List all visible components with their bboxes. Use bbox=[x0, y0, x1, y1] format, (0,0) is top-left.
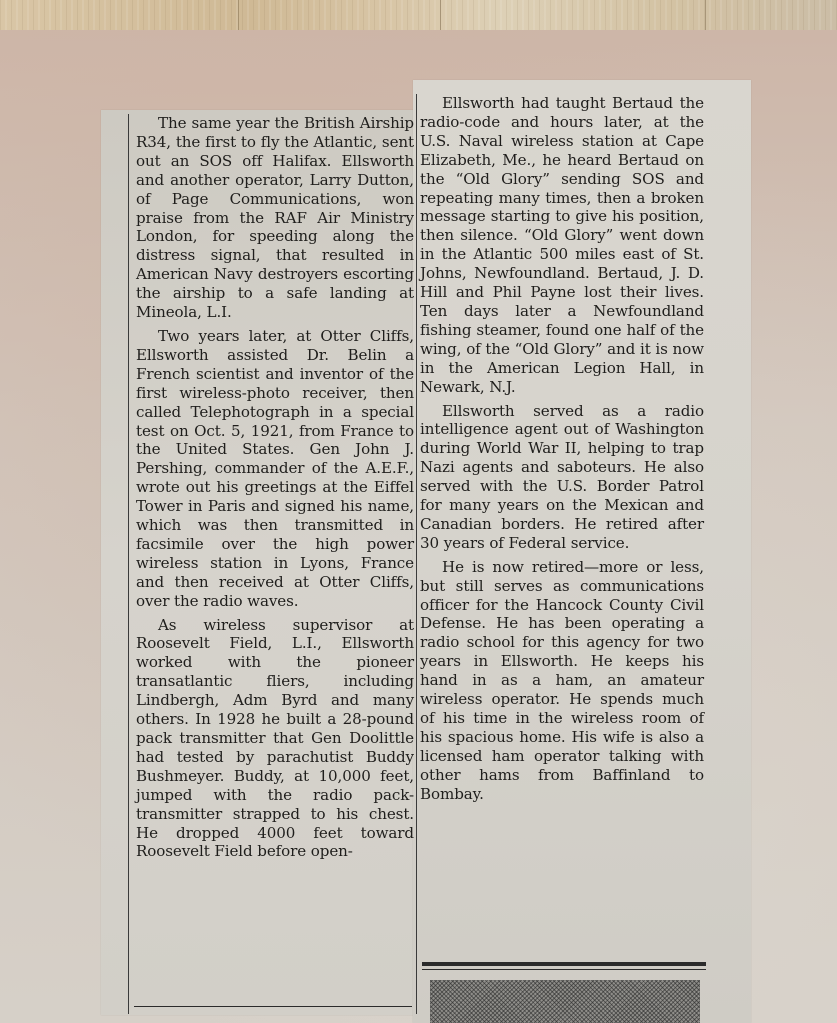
wood-seam bbox=[238, 0, 239, 34]
end-rule-left bbox=[134, 1006, 412, 1007]
column-divider-rule bbox=[416, 94, 417, 1014]
paragraph: Ellsworth served as a radio intelligence… bbox=[420, 402, 704, 553]
section-rule-thick bbox=[422, 962, 706, 966]
right-column: Ellsworth had taught Bertaud the radio-c… bbox=[420, 94, 704, 804]
paragraph: He is now retired—more or less, but stil… bbox=[420, 558, 704, 804]
wood-seam bbox=[705, 0, 706, 34]
wood-seam bbox=[440, 0, 441, 34]
left-column: The same year the British Airship R34, t… bbox=[136, 114, 414, 861]
paragraph: As wireless supervisor at Roosevelt Fiel… bbox=[136, 616, 414, 862]
section-rule-thin bbox=[422, 969, 706, 970]
paragraph: The same year the British Airship R34, t… bbox=[136, 114, 414, 322]
photo-halftone-fragment bbox=[430, 980, 700, 1023]
wood-surface bbox=[0, 0, 837, 34]
left-column-rule bbox=[128, 114, 129, 1014]
paragraph: Two years later, at Otter Cliffs, Ellswo… bbox=[136, 327, 414, 611]
paragraph: Ellsworth had taught Bertaud the radio-c… bbox=[420, 94, 704, 397]
